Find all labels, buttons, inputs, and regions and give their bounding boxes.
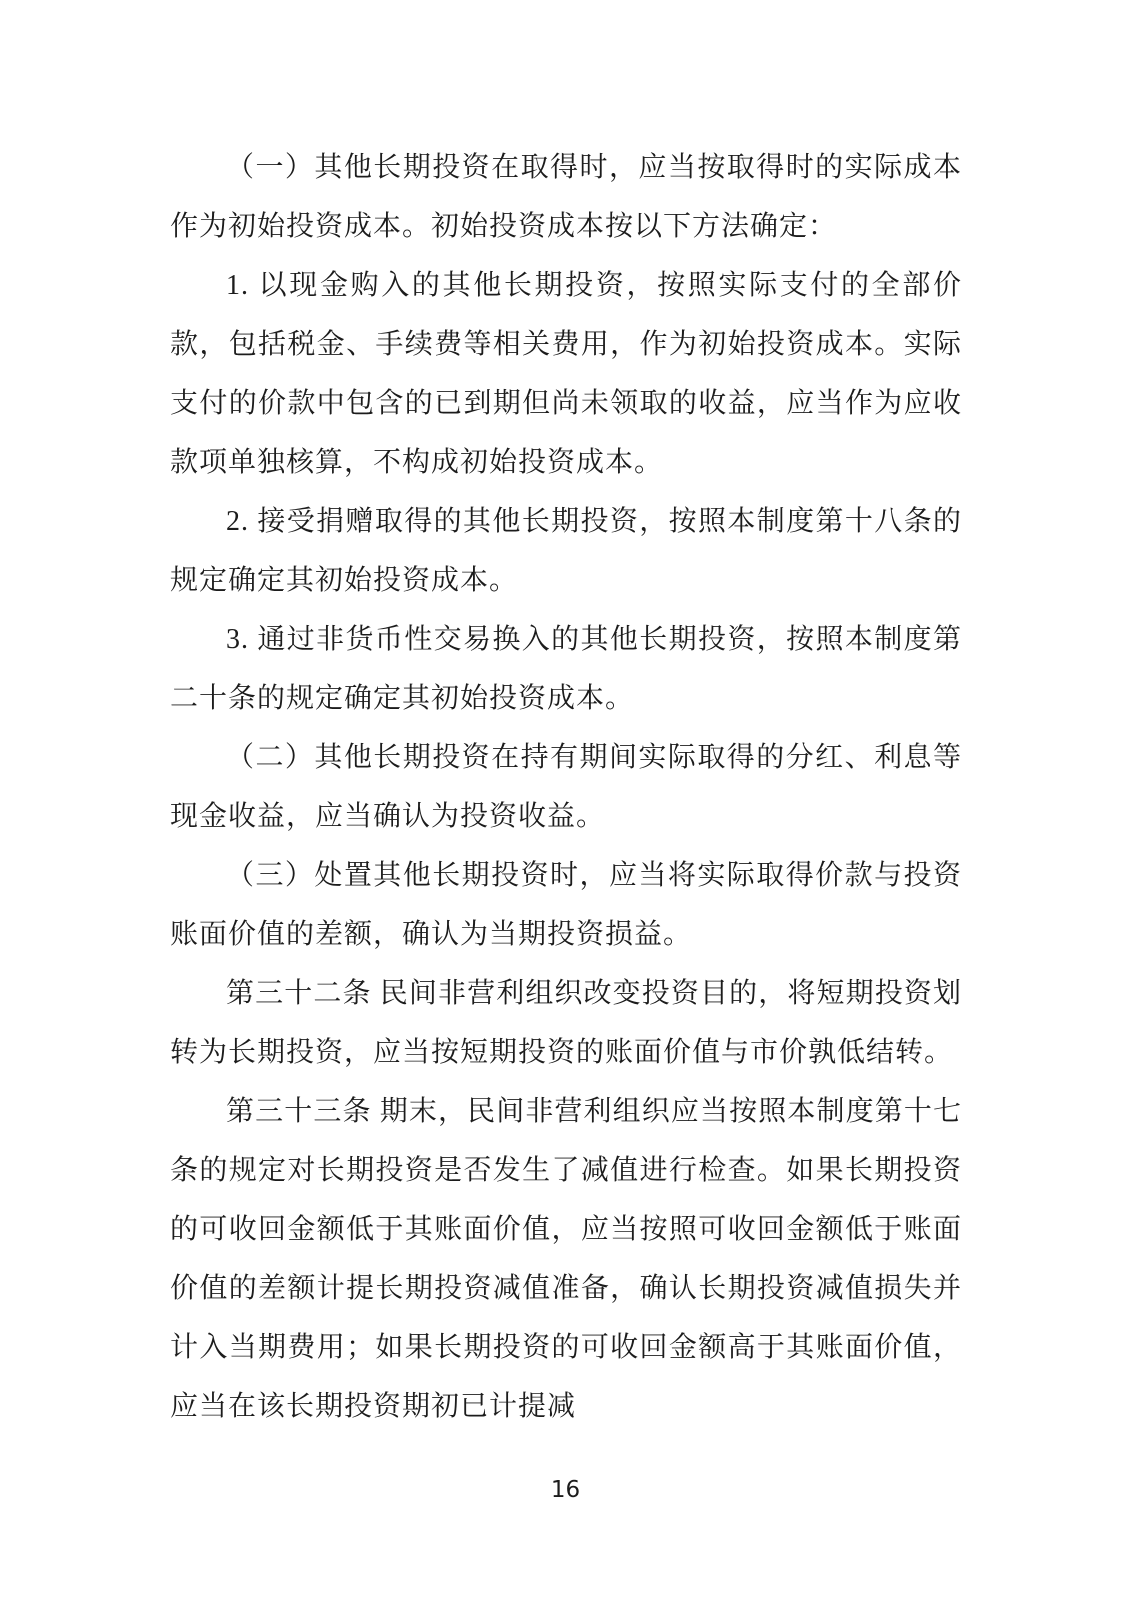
paragraph-item-3: 2. 接受捐赠取得的其他长期投资，按照本制度第十八条的规定确定其初始投资成本。 <box>170 492 962 610</box>
paragraph-item-5: （二）其他长期投资在持有期间实际取得的分红、利息等现金收益，应当确认为投资收益。 <box>170 728 962 846</box>
document-page: （一）其他长期投资在取得时，应当按取得时的实际成本作为初始投资成本。初始投资成本… <box>0 0 1131 1600</box>
paragraph-item-2: 1. 以现金购入的其他长期投资，按照实际支付的全部价款，包括税金、手续费等相关费… <box>170 256 962 492</box>
paragraph-item-8: 第三十三条 期末，民间非营利组织应当按照本制度第十七条的规定对长期投资是否发生了… <box>170 1082 962 1436</box>
paragraph-item-1: （一）其他长期投资在取得时，应当按取得时的实际成本作为初始投资成本。初始投资成本… <box>170 138 962 256</box>
paragraph-item-7: 第三十二条 民间非营利组织改变投资目的，将短期投资划转为长期投资，应当按短期投资… <box>170 964 962 1082</box>
document-body: （一）其他长期投资在取得时，应当按取得时的实际成本作为初始投资成本。初始投资成本… <box>170 138 962 1436</box>
paragraph-item-6: （三）处置其他长期投资时，应当将实际取得价款与投资账面价值的差额，确认为当期投资… <box>170 846 962 964</box>
page-number: 16 <box>0 1477 1131 1503</box>
paragraph-item-4: 3. 通过非货币性交易换入的其他长期投资，按照本制度第二十条的规定确定其初始投资… <box>170 610 962 728</box>
